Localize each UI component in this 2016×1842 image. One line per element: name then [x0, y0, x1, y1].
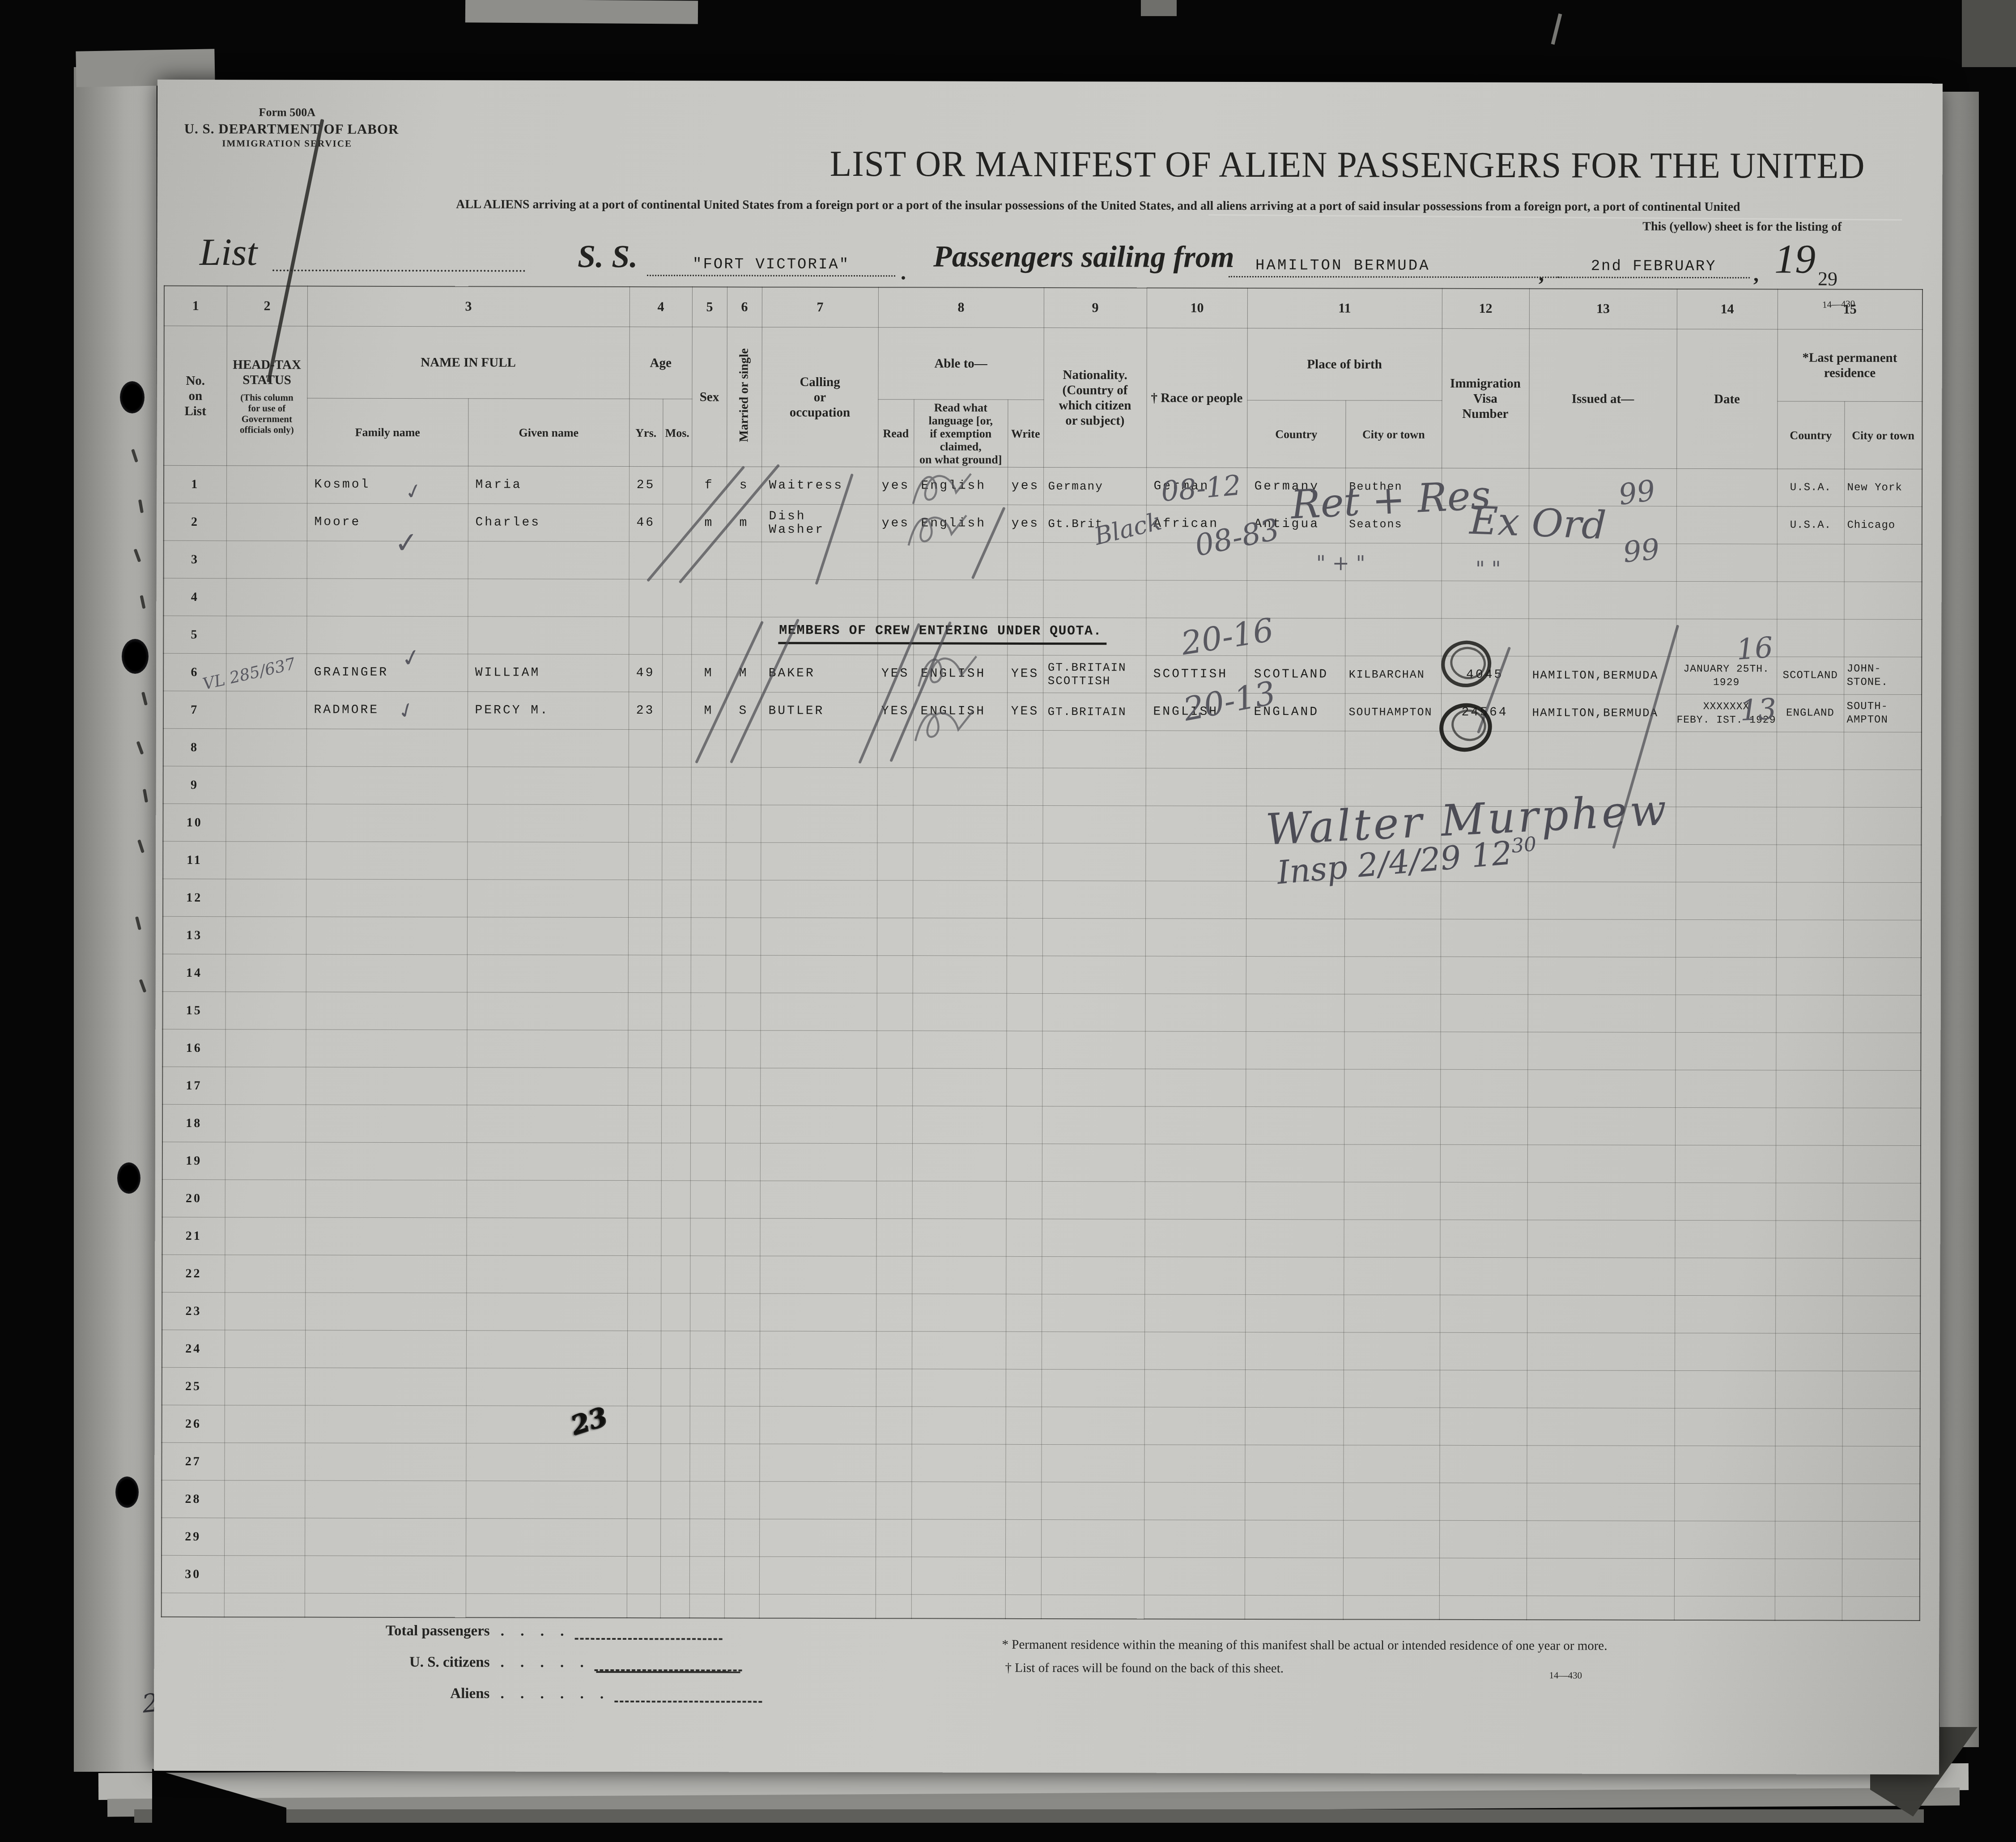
- cell-date: [1675, 1333, 1775, 1370]
- cell-race: [1144, 1557, 1245, 1595]
- leader-dots: . . . . . .: [500, 1685, 610, 1702]
- cell-date: [1674, 1446, 1775, 1483]
- cell-sex: [691, 805, 726, 842]
- cell-bcity: [1343, 1483, 1439, 1520]
- col-num: 1: [164, 286, 227, 326]
- cell-lpc: [1777, 770, 1844, 807]
- cell-no: 23: [162, 1292, 225, 1330]
- cell-calling: [759, 1481, 876, 1519]
- cell-lang: [912, 1407, 1006, 1444]
- cell-lpc: [1775, 1521, 1842, 1559]
- cell-hts: [225, 1029, 306, 1067]
- cell-lpcity: [1842, 1559, 1920, 1596]
- cell-given: [467, 955, 628, 993]
- cell-lpcity: [1843, 957, 1921, 995]
- cell-mos: [662, 579, 691, 617]
- department-label: U. S. DEPARTMENT OF LABOR: [184, 121, 390, 137]
- cell-nat: [1042, 1181, 1145, 1219]
- cell-yrs: [628, 1181, 661, 1218]
- page-edge-bottom-3: [134, 1809, 1924, 1823]
- cell-write: [1006, 1256, 1042, 1294]
- total-passengers-label: Total passengers: [342, 1623, 490, 1640]
- cell-issued: [1527, 1220, 1675, 1258]
- cell-read: [876, 1332, 912, 1369]
- header-head-tax: HEAD-TAX STATUS(This column for use of G…: [226, 326, 307, 466]
- cell-lpcity: [1843, 845, 1921, 882]
- cell-lpcity: [1843, 1183, 1921, 1221]
- cell-mos: [661, 1331, 690, 1369]
- cell-read: [877, 580, 913, 617]
- cell-nat: [1042, 1407, 1144, 1444]
- cell-ms: s: [727, 467, 761, 504]
- cell-lpc: U.S.A.: [1777, 469, 1844, 506]
- cell-issued: [1527, 1295, 1675, 1333]
- cell-hts: [225, 879, 306, 917]
- cell-no: 1: [164, 465, 226, 503]
- cell-ms: [725, 1143, 760, 1181]
- cell-yrs: [629, 730, 662, 767]
- pencil-99-row1: 99: [1616, 474, 1657, 512]
- table-row: 20: [162, 1179, 1921, 1221]
- cell-date: [1676, 995, 1776, 1032]
- form-code-bottom: 14—430: [1549, 1670, 1582, 1681]
- cell-given: [468, 617, 629, 655]
- cell-date: [1676, 506, 1777, 544]
- cell-race: [1145, 1069, 1246, 1106]
- year-prefix: 19: [1774, 235, 1816, 282]
- cell-given: [466, 1481, 627, 1519]
- cell-read: [876, 1444, 911, 1482]
- cell-lang: [913, 881, 1007, 918]
- cell-given: WILLIAM: [468, 654, 629, 692]
- pencil-ditto-row2-a: " + ": [1316, 551, 1365, 575]
- cell-hts: [226, 616, 306, 654]
- cell-lpcity: [1843, 1108, 1921, 1145]
- cell-visa: [1441, 581, 1528, 618]
- cell-family: [306, 579, 468, 617]
- cell-bcity: [1344, 1257, 1440, 1295]
- pencil-scrawl: [914, 649, 982, 692]
- cell-yrs: [628, 1030, 661, 1068]
- cell-race: [1144, 1407, 1245, 1445]
- cell-no: 4: [163, 578, 226, 616]
- cell-sex: [689, 1519, 724, 1557]
- cell-issued: [1527, 1070, 1675, 1108]
- cell-lpc: [1776, 807, 1843, 845]
- header-row-main: No. on List HEAD-TAX STATUS(This column …: [164, 326, 1922, 401]
- cell-empty: [1439, 1595, 1527, 1620]
- header-read-language: Read what language [or, if exemption cla…: [914, 400, 1008, 467]
- cell-issued: [1527, 1333, 1675, 1371]
- cell-race: [1145, 1182, 1246, 1219]
- leader-dots: . . . . .: [501, 1654, 590, 1671]
- cell-bcity: [1344, 1332, 1440, 1370]
- cell-bcity: [1344, 1069, 1440, 1107]
- cell-given: [468, 767, 629, 805]
- cell-write: [1008, 542, 1043, 580]
- cell-write: [1007, 956, 1042, 993]
- cell-family: Moore: [307, 503, 468, 541]
- cell-ms: [725, 1106, 760, 1143]
- cell-empty: [1842, 1596, 1920, 1621]
- cell-given: [468, 729, 629, 767]
- cell-mos: [662, 767, 691, 805]
- cell-race: [1146, 580, 1246, 618]
- cell-visa: [1440, 1257, 1527, 1295]
- cell-hts: [224, 1443, 305, 1480]
- pencil-99-row2: 99: [1621, 533, 1661, 570]
- leader-dots: . . . .: [501, 1623, 570, 1639]
- cell-family: GRAINGER: [306, 654, 468, 692]
- cell-bcity: [1344, 1107, 1440, 1144]
- cell-sex: [689, 1444, 724, 1481]
- cell-hts: [225, 1255, 305, 1293]
- film-streak-top-2: [1141, 0, 1177, 16]
- cell-ms: [724, 1557, 759, 1594]
- cell-given: [466, 1218, 627, 1256]
- header-married-or-single: Married or single: [727, 327, 762, 467]
- cell-mos: [661, 1181, 690, 1218]
- cell-sex: [691, 767, 726, 805]
- table-row: 21: [162, 1217, 1920, 1258]
- cell-mos: [662, 805, 691, 842]
- cell-empty: [1775, 1596, 1842, 1621]
- cell-read: [876, 1068, 912, 1106]
- cell-nat: [1042, 1332, 1144, 1369]
- cell-yrs: [628, 1106, 661, 1143]
- cell-lang: [912, 1181, 1006, 1219]
- cell-mos: [661, 1406, 690, 1444]
- cell-lpcity: [1842, 1371, 1920, 1408]
- cell-sex: [691, 617, 726, 655]
- table-row: 1KosmolMaria25fsWaitressyesEnglishyesGer…: [164, 465, 1922, 506]
- pencil-scrawl: [909, 467, 976, 509]
- cell-lpc: [1776, 1033, 1843, 1070]
- cell-bc: [1246, 1031, 1344, 1069]
- cell-mos: [660, 1444, 689, 1481]
- cell-date: [1676, 468, 1777, 506]
- cell-lpc: [1776, 1108, 1843, 1145]
- cell-lpc: U.S.A.: [1777, 506, 1844, 544]
- cell-lpc: [1776, 1070, 1843, 1108]
- us-citizens-blank: [595, 1665, 742, 1672]
- cell-bcity: [1343, 1445, 1439, 1483]
- cell-family: [306, 1142, 467, 1180]
- header-birth-city: City or town: [1345, 400, 1442, 468]
- cell-lpc: [1775, 1258, 1842, 1296]
- cell-race: [1146, 731, 1246, 768]
- cell-visa: [1440, 1295, 1527, 1332]
- cell-read: [876, 1256, 912, 1294]
- cell-yrs: [627, 1481, 660, 1519]
- cell-calling: [760, 1143, 876, 1181]
- cell-nat: [1042, 805, 1145, 843]
- cell-ms: m: [727, 504, 761, 542]
- cell-given: [467, 992, 628, 1030]
- cell-write: [1007, 918, 1042, 956]
- sail-date-field: 2nd FEBRUARY: [1557, 258, 1750, 278]
- cell-family: [305, 1255, 466, 1293]
- punch-hole: [120, 381, 145, 413]
- cell-no: 17: [162, 1067, 225, 1104]
- cell-nat: [1041, 1557, 1144, 1595]
- cell-no: 3: [164, 540, 226, 578]
- table-row: 4: [163, 578, 1922, 619]
- cell-visa: [1440, 1069, 1527, 1107]
- cell-issued: [1528, 919, 1676, 957]
- cell-calling: [759, 1519, 876, 1557]
- cell-date: [1675, 1220, 1775, 1258]
- cell-no: 26: [162, 1405, 225, 1442]
- cell-sex: [690, 1369, 725, 1406]
- cell-nat: Germany: [1043, 467, 1146, 505]
- cell-yrs: [627, 1331, 661, 1369]
- cell-mos: [662, 993, 691, 1030]
- table-row: 22: [162, 1255, 1920, 1296]
- cell-nat: [1042, 1144, 1145, 1181]
- cell-lpc: SCOTLAND: [1777, 657, 1844, 694]
- cell-mos: [661, 1369, 690, 1406]
- cell-race: [1145, 881, 1246, 919]
- cell-calling: BUTLER: [761, 692, 877, 730]
- cell-family: [306, 1105, 467, 1143]
- cell-calling: [760, 1369, 876, 1407]
- cell-mos: [662, 842, 691, 880]
- cell-calling: [759, 1557, 876, 1595]
- cell-lpc: [1776, 845, 1843, 882]
- cell-write: [1006, 1144, 1042, 1181]
- cell-sex: [691, 880, 726, 918]
- cell-ms: [726, 805, 761, 842]
- cell-visa: [1441, 994, 1528, 1032]
- cell-race: [1144, 1257, 1245, 1294]
- cell-hts: [226, 691, 306, 729]
- port-comma: ,: [1539, 261, 1544, 286]
- cell-yrs: [627, 1519, 660, 1557]
- cell-nat: [1042, 1369, 1144, 1407]
- cell-date: [1675, 1183, 1776, 1220]
- subtitle-line1: ALL ALIENS arriving at a port of contine…: [456, 197, 1740, 214]
- cell-calling: [761, 805, 877, 843]
- cell-sex: [690, 1331, 725, 1369]
- col-num: 8: [878, 287, 1044, 328]
- cell-read: [876, 1219, 912, 1256]
- cell-lpcity: SOUTH- AMPTON: [1844, 694, 1922, 732]
- cell-nat: GT.BRITAIN SCOTTISH: [1043, 655, 1146, 693]
- cell-lpc: [1775, 1333, 1842, 1371]
- cell-lpc: [1775, 1221, 1842, 1258]
- cell-lang: [912, 1294, 1006, 1332]
- cell-bc: [1246, 768, 1345, 806]
- cell-no: 9: [163, 766, 226, 804]
- cell-bcity: [1345, 618, 1441, 656]
- cell-no: 13: [163, 916, 225, 954]
- cell-ms: [724, 1444, 759, 1481]
- cell-empty: [876, 1595, 911, 1619]
- cell-date: [1676, 919, 1776, 957]
- cell-calling: [761, 918, 877, 956]
- cell-lpcity: [1844, 619, 1922, 657]
- cell-read: [876, 1557, 911, 1595]
- cell-lang: [912, 1369, 1006, 1407]
- cell-hts: [224, 1480, 305, 1518]
- cell-race: [1145, 1144, 1246, 1182]
- cell-empty: [1343, 1595, 1439, 1620]
- cell-bc: [1245, 1445, 1343, 1482]
- cell-empty: [627, 1594, 660, 1618]
- cell-hts: [225, 1067, 306, 1105]
- table-row: 16: [162, 1029, 1921, 1070]
- cell-empty: [1527, 1596, 1674, 1620]
- table-row: 30: [162, 1555, 1920, 1596]
- cell-read: [876, 1181, 912, 1219]
- footnote-permanent-residence: * Permanent residence within the meaning…: [1002, 1638, 1608, 1654]
- cell-nat: [1042, 843, 1145, 881]
- cell-issued: [1527, 1483, 1674, 1521]
- cell-yrs: [628, 993, 662, 1030]
- cell-lpcity: [1844, 544, 1922, 582]
- cell-read: [877, 805, 913, 843]
- cell-issued: [1528, 844, 1676, 882]
- cell-race: [1144, 1370, 1245, 1407]
- cell-hts: [225, 842, 306, 879]
- header-age: Age: [629, 327, 692, 399]
- cell-lpcity: [1843, 1070, 1921, 1108]
- cell-yrs: [628, 1143, 661, 1181]
- port-field: HAMILTON BERMUDA: [1229, 257, 1562, 278]
- cell-issued: [1527, 1521, 1674, 1559]
- scan-scratch: [1208, 214, 1902, 221]
- cell-family: [306, 954, 467, 992]
- cell-lang: [912, 1068, 1006, 1106]
- cell-family: [306, 1029, 467, 1068]
- cell-mos: [660, 1519, 689, 1557]
- cell-race: [1145, 994, 1246, 1031]
- cell-date: [1676, 769, 1777, 807]
- cell-issued: HAMILTON,BERMUDA: [1528, 656, 1676, 694]
- cell-given: PERCY M.: [468, 692, 629, 730]
- cell-lang: [911, 1482, 1005, 1519]
- cell-family: [306, 992, 467, 1030]
- cell-lpc: [1775, 1371, 1842, 1408]
- pencil-ditto-row2-b: " ": [1476, 557, 1501, 581]
- header-last-permanent-residence: *Last permanent residence: [1777, 329, 1922, 402]
- cell-no: 14: [163, 954, 225, 991]
- cell-yrs: [629, 579, 662, 617]
- cell-visa: [1441, 919, 1528, 957]
- cell-lpc: [1776, 1183, 1843, 1221]
- cell-mos: [661, 1256, 690, 1293]
- cell-lpc: [1775, 1446, 1842, 1484]
- cell-read: [877, 993, 913, 1031]
- cell-empty: [1005, 1595, 1041, 1619]
- cell-read: [876, 1482, 911, 1519]
- table-row: 11: [163, 841, 1921, 882]
- cell-bcity: [1344, 1220, 1440, 1257]
- table-row: 12: [163, 879, 1921, 920]
- cell-family: [305, 1518, 466, 1556]
- cell-yrs: [628, 805, 662, 842]
- cell-family: [306, 616, 468, 654]
- cell-date: [1675, 1070, 1776, 1107]
- cell-empty: [305, 1593, 466, 1617]
- cell-nat: [1043, 730, 1146, 768]
- cell-read: [876, 1031, 912, 1068]
- cell-lpcity: [1843, 1033, 1921, 1070]
- cell-empty: [1144, 1595, 1245, 1619]
- cell-ms: [724, 1481, 759, 1519]
- cell-lang: [912, 1332, 1006, 1369]
- cell-hts: [225, 992, 306, 1029]
- subtitle-line2: This (yellow) sheet is for the listing o…: [1642, 220, 1842, 234]
- col-num: 5: [692, 287, 727, 327]
- cell-calling: [761, 955, 877, 993]
- cell-write: [1006, 1219, 1042, 1256]
- cell-calling: [761, 579, 877, 617]
- cell-visa: [1439, 1520, 1527, 1558]
- form-number: Form 500A: [213, 106, 361, 119]
- table-row: 29: [162, 1518, 1920, 1559]
- col-num: 12: [1442, 289, 1529, 329]
- cell-nat: [1041, 1444, 1144, 1482]
- cell-bcity: KILBARCHAN: [1345, 656, 1441, 693]
- film-streak-mark: [1551, 13, 1562, 45]
- cell-bcity: [1343, 1558, 1439, 1595]
- cell-date: [1676, 882, 1776, 919]
- cell-write: [1006, 1369, 1042, 1407]
- cell-bcity: [1344, 881, 1441, 919]
- col-num: 4: [629, 287, 692, 327]
- cell-date: [1676, 807, 1776, 844]
- cell-yrs: [627, 1406, 661, 1444]
- cell-visa: [1441, 881, 1528, 919]
- cell-date: [1676, 581, 1777, 619]
- cell-lang: [912, 1219, 1006, 1256]
- cell-no: 25: [162, 1367, 225, 1405]
- cell-nat: [1042, 956, 1145, 993]
- cell-lpc: [1776, 1145, 1843, 1183]
- cell-lpcity: [1842, 1484, 1920, 1521]
- cell-write: [1006, 1332, 1042, 1369]
- cell-sex: [691, 579, 726, 617]
- table-row: 15: [163, 991, 1921, 1033]
- cell-given: Maria: [468, 466, 629, 504]
- cell-bcity: [1344, 1408, 1440, 1445]
- cell-yrs: [628, 918, 662, 955]
- cell-given: [467, 1105, 628, 1143]
- cell-empty: [911, 1595, 1005, 1619]
- cell-lpc: [1777, 619, 1844, 657]
- cell-family: [306, 766, 468, 804]
- cell-date: [1675, 1032, 1776, 1070]
- cell-read: [876, 1407, 912, 1444]
- cell-lang: [913, 768, 1007, 805]
- cell-no: 10: [163, 804, 225, 841]
- cell-lang: [912, 1106, 1006, 1144]
- cell-calling: [759, 1444, 876, 1482]
- cell-nat: [1042, 1068, 1145, 1106]
- cell-sex: [690, 1293, 725, 1331]
- cell-family: [306, 842, 467, 880]
- cell-hts: [226, 503, 307, 541]
- cell-mos: [661, 1293, 690, 1331]
- cell-family: [306, 1067, 467, 1105]
- cell-bc: [1246, 956, 1344, 994]
- cell-nat: [1043, 580, 1146, 617]
- cell-write: [1007, 881, 1042, 918]
- cell-lpcity: [1843, 807, 1921, 845]
- cell-lpcity: [1842, 1296, 1920, 1333]
